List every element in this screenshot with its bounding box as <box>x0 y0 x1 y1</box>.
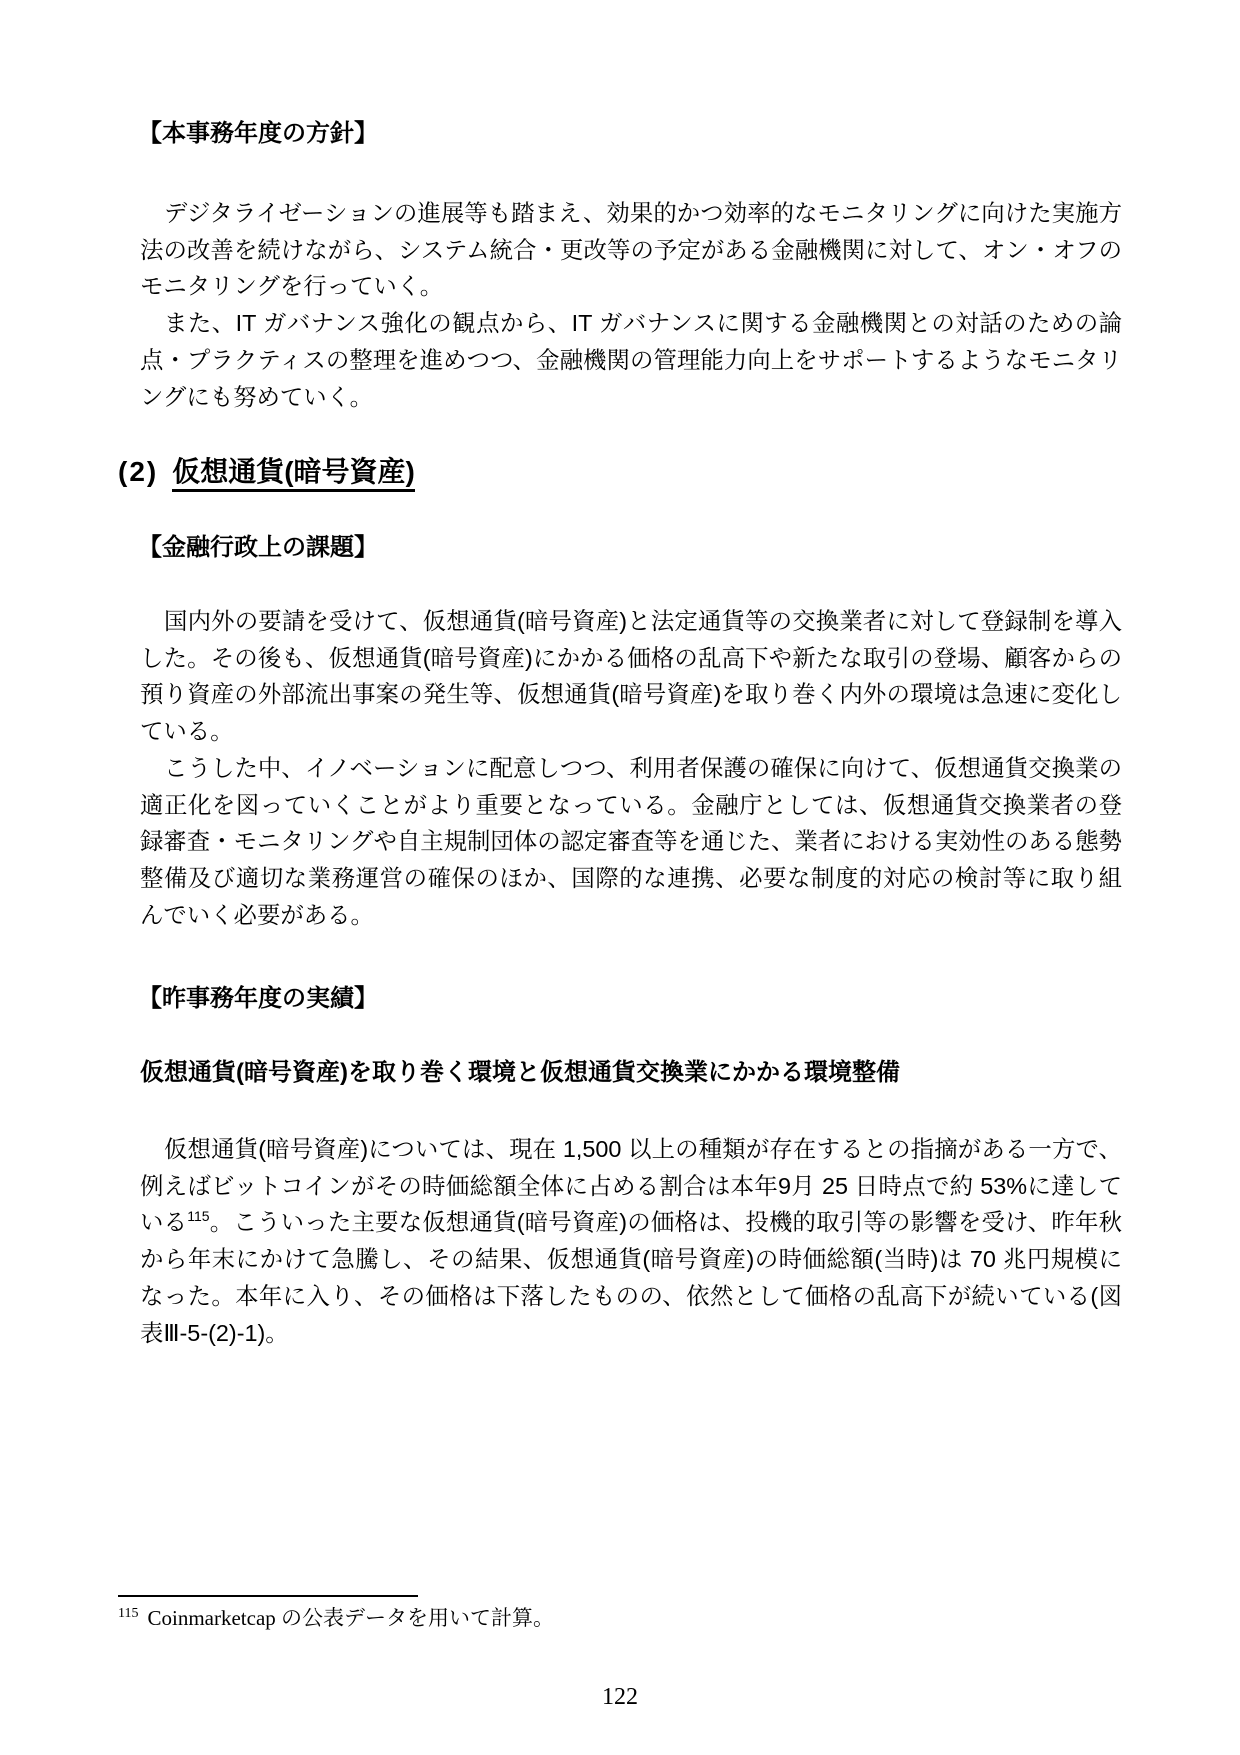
section-number: (2) <box>118 456 158 487</box>
issues-heading: 【金融行政上の課題】 <box>138 529 378 566</box>
results-paragraphs: 仮想通貨(暗号資産)については、現在 1,500 以上の種類が存在するとの指摘が… <box>140 1131 1122 1351</box>
page-number: 122 <box>0 1682 1240 1712</box>
footnote-ref: 115 <box>187 1208 209 1224</box>
policy-year-heading: 【本事務年度の方針】 <box>138 115 378 152</box>
footnote-text: Coinmarketcap の公表データを用いて計算。 <box>147 1606 554 1630</box>
results-subheading: 仮想通貨(暗号資産)を取り巻く環境と仮想通貨交換業にかかる環境整備 <box>140 1054 900 1091</box>
paragraph: デジタライゼーションの進展等も踏まえ、効果的かつ効率的なモニタリングに向けた実施… <box>140 195 1122 305</box>
footnote-separator-rule <box>118 1595 418 1597</box>
footnote-marker: 115 <box>118 1606 138 1621</box>
paragraph: こうした中、イノベーションに配意しつつ、利用者保護の確保に向けて、仮想通貨交換業… <box>140 750 1122 934</box>
results-heading: 【昨事務年度の実績】 <box>138 980 378 1017</box>
issues-paragraphs: 国内外の要請を受けて、仮想通貨(暗号資産)と法定通貨等の交換業者に対して登録制を… <box>140 603 1122 933</box>
policy-paragraphs: デジタライゼーションの進展等も踏まえ、効果的かつ効率的なモニタリングに向けた実施… <box>140 195 1122 415</box>
paragraph: 国内外の要請を受けて、仮想通貨(暗号資産)と法定通貨等の交換業者に対して登録制を… <box>140 603 1122 750</box>
paragraph: 仮想通貨(暗号資産)については、現在 1,500 以上の種類が存在するとの指摘が… <box>140 1131 1122 1351</box>
document-page: 【本事務年度の方針】 デジタライゼーションの進展等も踏まえ、効果的かつ効率的なモ… <box>0 0 1240 1755</box>
paragraph-text: 。こういった主要な仮想通貨(暗号資産)の価格は、投機的取引等の影響を受け、昨年秋… <box>140 1209 1122 1345</box>
section-title: 仮想通貨(暗号資産) <box>172 456 415 492</box>
paragraph: また、IT ガバナンス強化の観点から、IT ガバナンスに関する金融機関との対話の… <box>140 305 1122 415</box>
section-heading-crypto: (2)仮想通貨(暗号資産) <box>118 452 415 492</box>
footnote: 115Coinmarketcap の公表データを用いて計算。 <box>118 1604 554 1632</box>
